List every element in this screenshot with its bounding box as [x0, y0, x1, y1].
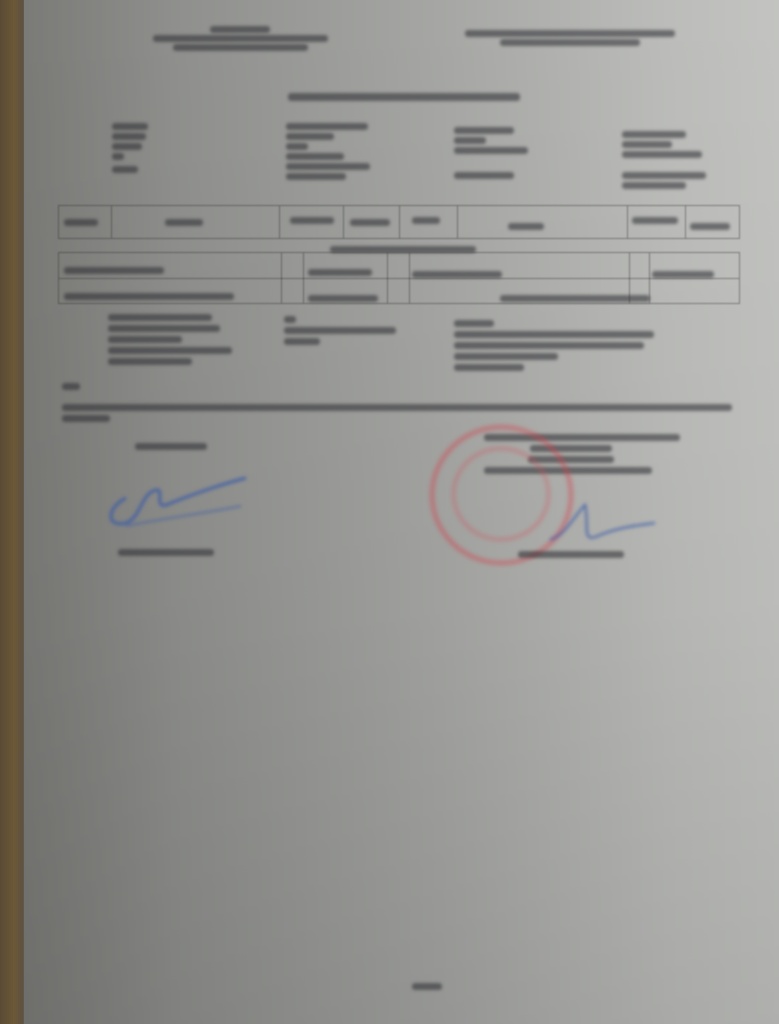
info-label: [illegible]	[112, 166, 138, 173]
summary-labels: [illegible] [illegible] [illegible] [ill…	[108, 310, 248, 369]
note-text: [illegible] [illegible]	[62, 402, 742, 426]
th-cell: [illegible]	[64, 214, 98, 232]
info-label: [illegible]	[112, 133, 146, 140]
header-right: [illegible] [illegible]	[460, 28, 680, 48]
th-cell: [illegible]	[350, 214, 390, 232]
info-col3: [illegible] [illegible] [illegible] [ill…	[454, 124, 544, 179]
th-cell: [illegible]	[690, 218, 730, 236]
th-cell: [illegible]	[290, 212, 334, 230]
header-left: [illegible] [illegible] [illegible]	[140, 24, 340, 53]
th-cell: [illegible]	[165, 214, 203, 232]
info-value: [illegible]	[286, 163, 370, 170]
info-label: [illegible]	[454, 147, 528, 154]
info-value: [illegible]	[622, 182, 686, 189]
table-row: [illegible]	[64, 262, 164, 280]
signature-left-ink-icon	[96, 468, 256, 538]
signature-right-name: [illegible]	[518, 546, 624, 564]
table-cell: [illegible]	[500, 290, 650, 308]
info-col4: [illegible] [illegible] [illegible] [ill…	[622, 128, 722, 192]
title-text: [illegible]	[288, 93, 520, 101]
table-cell: [illegible]	[308, 290, 378, 308]
table-cell: [illegible]	[652, 266, 714, 284]
document-title: [illegible]	[288, 88, 520, 106]
info-col2: [illegible] [illegible] [illegible] [ill…	[286, 120, 406, 183]
summary-values: [illegible] [illegible] [illegible]	[284, 312, 414, 349]
info-value: [illegible]	[622, 172, 706, 179]
info-value: [illegible]	[286, 123, 368, 130]
info-label: [illegible]	[454, 127, 514, 134]
info-value: [illegible]	[286, 153, 344, 160]
signature-left-role: [illegible]	[135, 438, 207, 456]
header-left-line: [illegible]	[210, 26, 270, 33]
official-stamp-inner	[452, 447, 550, 541]
info-value: [illegible]	[622, 151, 702, 158]
header-left-line: [illegible]	[173, 44, 308, 51]
table-row: [illegible]	[64, 288, 234, 306]
header-right-line: [illegible]	[500, 39, 640, 46]
info-value: [illegible]	[286, 133, 334, 140]
info-label: [illegible]	[454, 172, 514, 179]
page-number: [illegible]	[412, 978, 442, 996]
info-value: [illegible]	[286, 173, 346, 180]
note-label: [illegible]	[62, 378, 80, 396]
header-right-line: [illegible]	[465, 30, 675, 37]
info-label: [illegible]	[454, 137, 486, 144]
info-col1: [illegible] [illegible] [illegible] [ill…	[112, 120, 152, 179]
th-cell: [illegible]	[412, 212, 440, 230]
summary-right: [illegible] [illegible] [illegible] [ill…	[454, 316, 674, 375]
signature-left-name: [illegible]	[118, 544, 214, 562]
table-cell: [illegible]	[412, 266, 502, 284]
info-value: [illegible]	[622, 131, 686, 138]
table-cell: [illegible]	[308, 264, 372, 282]
info-value: [illegible]	[286, 143, 308, 150]
info-label: [illegible]	[112, 153, 124, 160]
info-label: [illegible]	[112, 123, 148, 130]
th-cell: [illegible]	[632, 212, 678, 230]
info-value: [illegible]	[622, 141, 672, 148]
th-cell: [illegible]	[508, 218, 544, 236]
header-left-line: [illegible]	[153, 35, 328, 42]
info-label: [illegible]	[112, 143, 142, 150]
